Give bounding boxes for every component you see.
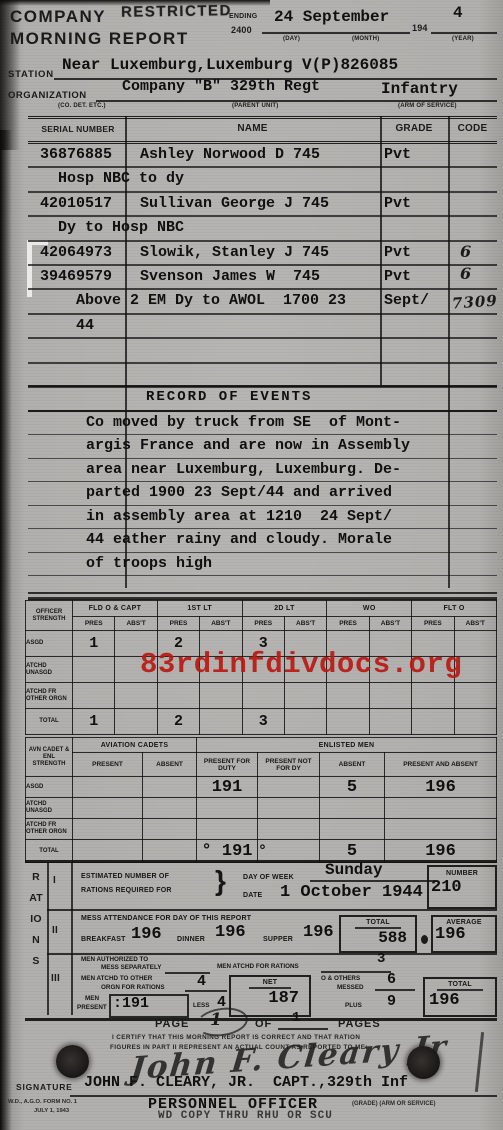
roster-row: 36876885 Ashley Norwood D 745 Pvt xyxy=(28,144,497,168)
remark-line: 44 xyxy=(76,316,94,336)
subhead-pres: PRES xyxy=(242,617,284,631)
atchd-other-value: 4 xyxy=(197,973,206,990)
subhead-pres: PRES xyxy=(412,617,454,631)
breakfast-value: 196 xyxy=(131,925,162,944)
group-2d-lt: 2D LT xyxy=(242,601,327,617)
subhead-present-for-duty: PRESENT FOR DUTY xyxy=(197,753,258,777)
events-bottom-rule1 xyxy=(28,592,497,594)
section-iii-numeral: III xyxy=(51,973,60,984)
year-sublabel: (YEAR) xyxy=(452,36,474,42)
group-flt-o: FLT O xyxy=(412,601,497,617)
code-handwritten: 6 xyxy=(460,242,471,261)
events-line: parted 1900 23 Sept/44 and arrived xyxy=(28,482,497,506)
events-line: argis France and are now in Assembly xyxy=(28,435,497,459)
enlisted-cell: 191 xyxy=(197,777,258,798)
atchd-other-label2: ORGN FOR RATIONS xyxy=(101,984,165,992)
officer-cell xyxy=(327,709,369,735)
organization-label: ORGANIZATION xyxy=(8,90,87,101)
atchd-for-underline xyxy=(321,971,391,973)
officer-cell: 1 xyxy=(73,709,115,735)
group-enlisted-men: ENLISTED MEN xyxy=(197,738,497,753)
col-grade: GRADE xyxy=(380,123,448,134)
form-date: JULY 1, 1943 xyxy=(34,1107,69,1115)
rations-vline1 xyxy=(47,863,49,1015)
men-present-value: :191 xyxy=(113,995,149,1012)
roster-row: Dy to Hosp NBC xyxy=(28,217,497,241)
day-of-week-value: Sunday xyxy=(325,861,383,879)
atchd-other-underline xyxy=(185,990,227,992)
officer-corner-line2: STRENGTH xyxy=(26,616,72,623)
code-handwritten: 7309 xyxy=(451,292,498,313)
code-handwritten: 6 xyxy=(460,264,471,283)
subhead-present: PRESENT xyxy=(73,753,143,777)
officer-cell xyxy=(115,709,157,735)
roster-row: 42064973 Slowik, Stanley J 745 Pvt 6 xyxy=(28,242,497,266)
subhead-abst: ABS'T xyxy=(115,617,157,631)
watermark-text: 83rdinfdivdocs.org xyxy=(140,648,462,681)
section-ii-numeral: II xyxy=(52,925,58,936)
ending-label: ENDING xyxy=(229,13,257,20)
enlisted-cell: 196 xyxy=(385,777,497,798)
organization-underline xyxy=(96,100,497,102)
day-underline xyxy=(310,880,435,882)
events-text: argis France and are now in Assembly xyxy=(86,436,410,456)
plus-label: PLUS xyxy=(345,1002,362,1010)
form-number: W.D., A.G.O. FORM NO. 1 xyxy=(8,1098,77,1106)
events-text: Co moved by truck from SE of Mont- xyxy=(86,413,401,433)
mess-attendance-title: MESS ATTENDANCE FOR DAY OF THIS REPORT xyxy=(81,914,251,923)
row-asgd: ASGD xyxy=(26,631,73,657)
copy-routing-note: WD COPY THRU RHU OR SCU xyxy=(158,1110,333,1122)
number-label: NUMBER xyxy=(429,869,495,878)
col-code: CODE xyxy=(448,123,497,134)
others-underline xyxy=(375,989,415,991)
subhead-pres: PRES xyxy=(327,617,369,631)
others-messed-label2: MESSED xyxy=(337,984,364,992)
auth-mess-label2: MESS SEPARATELY xyxy=(101,964,161,972)
grade-value: Pvt xyxy=(384,243,411,263)
number-value: 210 xyxy=(431,878,495,897)
enlisted-strength-table: AVN CADET & ENL STRENGTH AVIATION CADETS… xyxy=(25,737,497,863)
officer-cell xyxy=(369,709,411,735)
auth-mess-label1: MEN AUTHORIZED TO xyxy=(81,956,148,964)
pages-label: PAGES xyxy=(338,1018,381,1030)
roster-row: 42010517 Sullivan George J 745 Pvt xyxy=(28,193,497,217)
subhead-present-not-for-dy: PRESENT NOT FOR DY xyxy=(258,753,320,777)
officer-cell xyxy=(412,709,454,735)
month-sublabel: (MONTH) xyxy=(352,36,379,42)
events-line: 44 eather rainy and cloudy. Morale xyxy=(28,529,497,553)
rations-section: RATIONS I II III ESTIMATED NUMBER OF RAT… xyxy=(25,860,497,1021)
grade-value: Pvt xyxy=(384,267,411,287)
enlisted-cell xyxy=(143,777,197,798)
others-messed-label1: O & OTHERS xyxy=(321,975,360,983)
subhead-abst: ABS'T xyxy=(200,617,242,631)
est-rations-label1: ESTIMATED NUMBER OF xyxy=(81,872,169,881)
atchd-for-rations-value: 3 xyxy=(377,951,385,967)
day-sublabel: (DAY) xyxy=(283,36,300,42)
morning-report-scan: COMPANY MORNING REPORT RESTRICTED ENDING… xyxy=(0,0,503,1130)
row-asgd: ASGD xyxy=(26,777,73,798)
rations-total-box: TOTAL 196 xyxy=(423,977,497,1017)
events-text: of troops high xyxy=(86,554,212,574)
roster-row xyxy=(28,339,497,363)
section-ii-rule xyxy=(47,953,497,955)
dinner-value: 196 xyxy=(215,923,246,942)
roster-row: 39469579 Svenson James W 745 Pvt 6 xyxy=(28,266,497,290)
officer-cell: 3 xyxy=(242,709,284,735)
events-line: area near Luxemburg, Luxemburg. De- xyxy=(28,459,497,483)
record-of-events-section: RECORD OF EVENTS Co moved by truck from … xyxy=(28,385,497,600)
number-box: NUMBER 210 xyxy=(427,865,497,909)
year-underline xyxy=(431,32,497,34)
officer-cell xyxy=(200,709,242,735)
punch-hole-right xyxy=(407,1046,440,1079)
officer-cell: 2 xyxy=(157,709,199,735)
events-title-row: RECORD OF EVENTS xyxy=(28,385,497,412)
grade-service-label: (GRADE) (ARM OR SERVICE) xyxy=(352,1100,436,1108)
serial-number: 36876885 xyxy=(32,145,120,165)
events-title: RECORD OF EVENTS xyxy=(146,389,312,405)
roster-header-row: SERIAL NUMBER NAME GRADE CODE xyxy=(28,116,497,144)
rations-total-value: 196 xyxy=(429,991,495,1010)
soldier-name: Svenson James W 745 xyxy=(140,267,320,287)
subhead-abst: ABS'T xyxy=(284,617,326,631)
row-total: TOTAL xyxy=(26,709,73,735)
org-sublabel-arm: (ARM OF SERVICE) xyxy=(398,103,457,109)
group-1st-lt: 1ST LT xyxy=(157,601,242,617)
signature-typed: JOHN F. CLEARY, JR. CAPT.,329th Inf xyxy=(84,1074,408,1091)
mess-total-box: TOTAL 588 xyxy=(339,915,417,953)
group-wo: WO xyxy=(327,601,412,617)
events-blank-line xyxy=(28,576,497,600)
pages-underline xyxy=(278,1028,328,1030)
serial-number: 39469579 xyxy=(32,267,120,287)
events-line: Co moved by truck from SE of Mont- xyxy=(28,412,497,436)
enlisted-corner: AVN CADET & ENL STRENGTH xyxy=(26,738,73,777)
col-serial-number: SERIAL NUMBER xyxy=(38,124,118,134)
breakfast-label: BREAKFAST xyxy=(81,935,126,944)
rations-total-label: TOTAL xyxy=(437,980,483,991)
events-text: parted 1900 23 Sept/44 and arrived xyxy=(86,483,392,503)
supper-label: SUPPER xyxy=(263,935,293,944)
officer-cell: 1 xyxy=(73,631,115,657)
form-title-line2: MORNING REPORT xyxy=(10,29,189,49)
rations-vertical-label: RATIONS xyxy=(29,867,43,972)
form-title-line1: COMPANY xyxy=(10,7,106,27)
events-line: in assembly area at 1210 24 Sept/ xyxy=(28,506,497,530)
year-digit: 4 xyxy=(453,4,463,22)
section-i-rule xyxy=(47,909,497,911)
row-atchd-fr-other: ATCHD FR OTHER ORGN xyxy=(26,819,73,840)
subhead-abst: ABS'T xyxy=(369,617,411,631)
restricted-stamp: RESTRICTED xyxy=(121,2,232,21)
events-line: of troops high xyxy=(28,553,497,577)
date-label: DATE xyxy=(243,891,262,900)
soldier-name: Ashley Norwood D 745 xyxy=(140,145,320,165)
film-edge-left xyxy=(0,130,12,1130)
signature-label: SIGNATURE xyxy=(16,1082,73,1092)
officer-corner-line1: OFFICER xyxy=(26,609,72,616)
enlisted-cell: 5 xyxy=(320,777,385,798)
roster-row: Hosp NBC to dy xyxy=(28,168,497,192)
officer-cell xyxy=(284,709,326,735)
mess-total-label: TOTAL xyxy=(355,918,401,929)
roster-table: SERIAL NUMBER NAME GRADE CODE 36876885 A… xyxy=(28,116,497,412)
enlisted-cell xyxy=(73,777,143,798)
organization-value: Company "B" 329th Regt xyxy=(122,78,320,95)
row-atchd-fr-other: ATCHD FR OTHER ORGN xyxy=(26,683,73,709)
rations-vline2 xyxy=(71,863,73,1015)
remark-line: Above 2 EM Dy to AWOL 1700 23 xyxy=(76,291,346,311)
net-label: NET xyxy=(249,978,291,989)
roster-row: Above 2 EM Dy to AWOL 1700 23 Sept/ 7309 xyxy=(28,290,497,314)
subhead-absent: ABSENT xyxy=(143,753,197,777)
plus-value: 9 xyxy=(387,993,396,1010)
soldier-name: Slowik, Stanley J 745 xyxy=(140,243,329,263)
station-value: Near Luxemburg,Luxemburg V(P)826085 xyxy=(62,56,398,74)
remark-line: Dy to Hosp NBC xyxy=(58,218,184,238)
grade-value: Sept/ xyxy=(384,291,429,311)
subhead-pres: PRES xyxy=(157,617,199,631)
pages-value: 1 xyxy=(292,1010,300,1026)
enlisted-cell xyxy=(258,777,320,798)
page-label: PAGE xyxy=(155,1018,189,1030)
atchd-for-rations-label: MEN ATCHD FOR RATIONS xyxy=(217,963,299,971)
subhead-absent-em: ABSENT xyxy=(320,753,385,777)
est-rations-label2: RATIONS REQUIRED FOR xyxy=(81,886,172,895)
officer-cell xyxy=(454,709,496,735)
row-atchd-unasgd: ATCHD UNASGD xyxy=(26,798,73,819)
dinner-label: DINNER xyxy=(177,935,205,944)
ink-dot xyxy=(421,935,428,944)
organization-arm: Infantry xyxy=(381,80,458,98)
station-label: STATION xyxy=(8,69,54,80)
org-sublabel-co: (CO. DET. ETC.) xyxy=(58,103,106,109)
serial-number: 42010517 xyxy=(32,194,120,214)
atchd-other-label1: MEN ATCHD TO OTHER xyxy=(81,975,152,983)
pen-stroke-mark xyxy=(475,1032,484,1092)
mess-average-box: AVERAGE 196 xyxy=(431,915,497,953)
grade-value: Pvt xyxy=(384,145,411,165)
subhead-abst: ABS'T xyxy=(454,617,496,631)
col-name: NAME xyxy=(125,123,380,134)
mess-total-value: 588 xyxy=(341,929,415,947)
day-of-week-label: DAY OF WEEK xyxy=(243,873,294,882)
group-fldo-capt: FLD O & CAPT xyxy=(73,601,158,617)
ending-time: 2400 xyxy=(231,25,252,35)
less-label: LESS xyxy=(193,1002,209,1010)
men-present-label2: PRESENT xyxy=(77,1004,107,1012)
punch-hole-left xyxy=(56,1045,89,1078)
supper-value: 196 xyxy=(303,923,334,942)
events-text: area near Luxemburg, Luxemburg. De- xyxy=(86,460,401,480)
brace-icon: } xyxy=(215,865,226,897)
date-underline xyxy=(262,32,410,34)
of-label: OF xyxy=(255,1018,272,1030)
year-prefix: 194 xyxy=(412,23,428,33)
subhead-pres: PRES xyxy=(73,617,115,631)
serial-number: 42064973 xyxy=(32,243,120,263)
events-text: 44 eather rainy and cloudy. Morale xyxy=(86,530,392,550)
events-text: in assembly area at 1210 24 Sept/ xyxy=(86,507,392,527)
roster-row: 44 xyxy=(28,315,497,339)
grade-value: Pvt xyxy=(384,194,411,214)
soldier-name: Sullivan George J 745 xyxy=(140,194,329,214)
men-present-label1: MEN xyxy=(85,995,99,1003)
org-sublabel-parent: (PARENT UNIT) xyxy=(232,103,278,109)
net-value: 187 xyxy=(231,989,309,1008)
others-messed-value: 6 xyxy=(387,971,396,988)
section-i-numeral: I xyxy=(53,875,56,886)
mess-average-value: 196 xyxy=(435,925,495,944)
group-aviation-cadets: AVIATION CADETS xyxy=(73,738,197,753)
subhead-present-and-absent: PRESENT AND ABSENT xyxy=(385,753,497,777)
row-atchd-unasgd: ATCHD UNASGD xyxy=(26,657,73,683)
date-value: 1 October 1944 xyxy=(280,883,423,902)
report-date-value: 24 September xyxy=(274,8,389,26)
remark-line: Hosp NBC to dy xyxy=(58,169,184,189)
